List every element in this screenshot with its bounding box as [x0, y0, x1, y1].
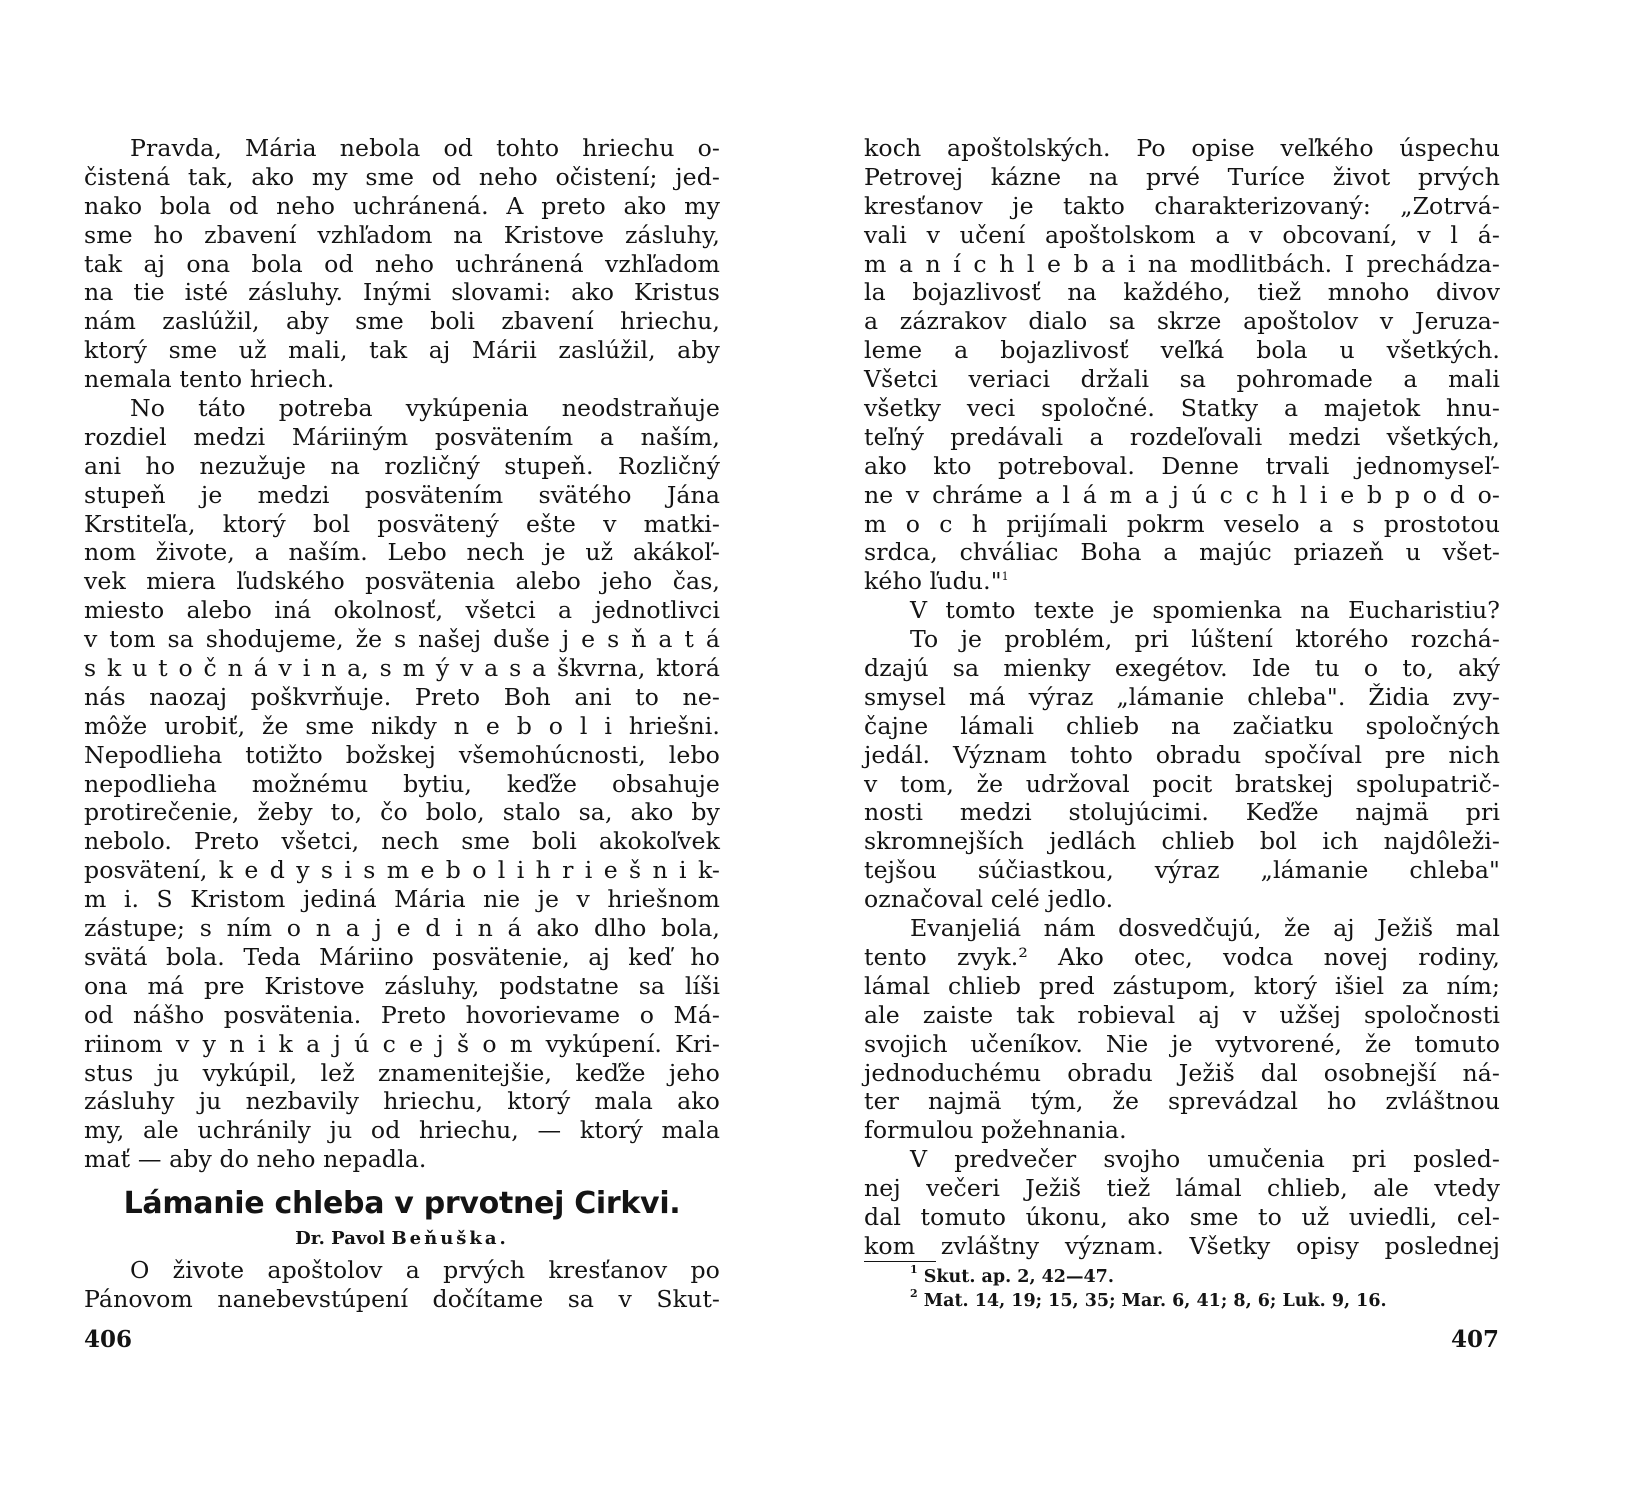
left-page-body-section-2: O živote apoštolov a prvých kresťanov po… — [84, 1256, 720, 1314]
text-line: stupeň je medzi posvätením svätého Jána — [84, 481, 720, 510]
text-line: tejšou súčiastkou, výraz „lámanie chleba… — [864, 856, 1500, 885]
text-line: vek miera ľudského posvätenia alebo jeho… — [84, 567, 720, 596]
text-line: srdca, chváliac Boha a majúc priazeň u v… — [864, 538, 1500, 567]
text-line: ale zaiste tak robieval aj v užšej spolo… — [864, 1001, 1500, 1030]
text-line: označoval celé jedlo. — [864, 885, 1500, 914]
text-line: protirečenie, žeby to, čo bolo, stalo sa… — [84, 798, 720, 827]
text-line: V tomto texte je spomienka na Eucharisti… — [864, 596, 1500, 625]
text-line: nás naozaj poškvrňuje. Preto Boh ani to … — [84, 683, 720, 712]
author-prefix: Dr. Pavol — [295, 1228, 385, 1249]
text-line: ter najmä tým, že sprevádzal ho zvláštno… — [864, 1087, 1500, 1116]
article-title: Lámanie chleba v prvotnej Cirkvi. — [84, 1186, 720, 1226]
text-line: nebolo. Preto všetci, nech sme boli akok… — [84, 827, 720, 856]
right-page-body: koch apoštolských. Po opise veľkého úspe… — [864, 134, 1500, 1261]
text-line: tento zvyk.² Ako otec, vodca novej rodin… — [864, 943, 1500, 972]
text-line: v tom sa shodujeme, že s našej duše j e … — [84, 625, 720, 654]
text-line: smysel má výraz „lámanie chleba". Židia … — [864, 683, 1500, 712]
text-line: To je problém, pri lúštení ktorého rozch… — [864, 625, 1500, 654]
text-line: ktorý sme už mali, tak aj Márii zaslúžil… — [84, 336, 720, 365]
text-line: Pánovom nanebevstúpení dočítame sa v Sku… — [84, 1285, 720, 1314]
text-line: my, ale uchránily ju od hriechu, — ktorý… — [84, 1116, 720, 1145]
text-line: vali v učení apoštolskom a v obcovaní, v… — [864, 221, 1500, 250]
text-line: tak aj ona bola od neho uchránená vzhľad… — [84, 250, 720, 279]
footnotes: 1 Skut. ap. 2, 42—47.2 Mat. 14, 19; 15, … — [864, 1265, 1500, 1313]
text-line: m i. S Kristom jediná Mária nie je v hri… — [84, 885, 720, 914]
left-page: Pravda, Mária nebola od tohto hriechu o-… — [0, 0, 817, 1500]
text-line: čajne lámali chlieb na začiatku spoločný… — [864, 712, 1500, 741]
text-line: Evanjeliá nám dosvedčujú, že aj Ježiš ma… — [864, 914, 1500, 943]
footnote-mark: 1 — [910, 1263, 918, 1276]
text-line: nosti medzi stolujúcimi. Keďže najmä pri — [864, 798, 1500, 827]
text-line: stus ju vykúpil, lež znamenitejšie, keďž… — [84, 1059, 720, 1088]
text-line: zásluhy ju nezbavily hriechu, ktorý mala… — [84, 1087, 720, 1116]
text-line: jednoduchému obradu Ježiš dal osobnejší … — [864, 1059, 1500, 1088]
text-line: môže urobiť, že sme nikdy n e b o l i hr… — [84, 712, 720, 741]
footnote-separator-rule — [864, 1261, 936, 1262]
page-number-left: 406 — [84, 1326, 132, 1354]
text-line: s k u t o č n á v i n a, s m ý v a s a š… — [84, 654, 720, 683]
author-surname: Beňuška. — [391, 1228, 508, 1249]
text-line: od nášho posvätenia. Preto hovorievame o… — [84, 1001, 720, 1030]
text-line: sme ho zbavení vzhľadom na Kristove zásl… — [84, 221, 720, 250]
text-line: ona má pre Kristove zásluhy, podstatne s… — [84, 972, 720, 1001]
right-page: koch apoštolských. Po opise veľkého úspe… — [817, 0, 1634, 1500]
text-line: a zázrakov dialo sa skrze apoštolov v Je… — [864, 307, 1500, 336]
text-line: rozdiel medzi Máriiným posvätením a naší… — [84, 423, 720, 452]
text-line: v tom, že udržoval pocit bratskej spolup… — [864, 770, 1500, 799]
text-line: kresťanov je takto charakterizovaný: „Zo… — [864, 192, 1500, 221]
text-line: leme a bojazlivosť veľká bola u všetkých… — [864, 336, 1500, 365]
right-page-text-column: koch apoštolských. Po opise veľkého úspe… — [864, 134, 1500, 1313]
footnote-text: Skut. ap. 2, 42—47. — [918, 1267, 1114, 1287]
footnote-text: Mat. 14, 19; 15, 35; Mar. 6, 41; 8, 6; L… — [918, 1291, 1387, 1311]
text-line: čistená tak, ako my sme od neho očistení… — [84, 163, 720, 192]
text-line: nemala tento hriech. — [84, 365, 720, 394]
footnote-reference: 1 — [1002, 570, 1009, 583]
text-line: miesto alebo iná okolnosť, všetci a jedn… — [84, 596, 720, 625]
text-line: ako kto potreboval. Denne trvali jednomy… — [864, 452, 1500, 481]
text-line: svojich učeníkov. Nie je vytvorené, že t… — [864, 1030, 1500, 1059]
text-line: koch apoštolských. Po opise veľkého úspe… — [864, 134, 1500, 163]
text-line: m o c h prijímali pokrm veselo a s prost… — [864, 510, 1500, 539]
text-line: zástupe; s ním o n a j e d i n á ako dlh… — [84, 914, 720, 943]
text-line: ne v chráme a l á m a j ú c c h l i e b … — [864, 481, 1500, 510]
text-line: Nepodlieha totižto božskej všemohúcnosti… — [84, 741, 720, 770]
text-line: na tie isté zásluhy. Inými slovami: ako … — [84, 278, 720, 307]
left-page-body-section-1: Pravda, Mária nebola od tohto hriechu o-… — [84, 134, 720, 1174]
article-author: Dr. Pavol Beňuška. — [84, 1226, 720, 1256]
text-line: m a n í c h l e b a i na modlitbách. I p… — [864, 250, 1500, 279]
text-line: dzajú sa mienky exegétov. Ide tu o to, a… — [864, 654, 1500, 683]
text-line: nako bola od neho uchránená. A preto ako… — [84, 192, 720, 221]
text-line: jedál. Význam tohto obradu spočíval pre … — [864, 741, 1500, 770]
text-line: nám zaslúžil, aby sme boli zbavení hriec… — [84, 307, 720, 336]
text-line: mať — aby do neho nepadla. — [84, 1145, 720, 1174]
text-line: ani ho nezužuje na rozličný stupeň. Rozl… — [84, 452, 720, 481]
page-number-right: 407 — [1451, 1326, 1499, 1354]
footnote: 1 Skut. ap. 2, 42—47. — [864, 1265, 1500, 1289]
footnote-mark: 2 — [910, 1287, 918, 1300]
text-line: všetky veci spoločné. Statky a majetok h… — [864, 394, 1500, 423]
text-line: nepodlieha možnému bytiu, keďže obsahuje — [84, 770, 720, 799]
text-line: dal tomuto úkonu, ako sme to už uviedli,… — [864, 1203, 1500, 1232]
text-line: skromnejších jedlách chlieb bol ich najd… — [864, 827, 1500, 856]
text-line: nom živote, a naším. Lebo nech je už aká… — [84, 538, 720, 567]
left-page-text-column: Pravda, Mária nebola od tohto hriechu o-… — [84, 134, 720, 1314]
text-line: nej večeri Ježiš tiež lámal chlieb, ale … — [864, 1174, 1500, 1203]
text-line: riinom v y n i k a j ú c e j š o m vykúp… — [84, 1030, 720, 1059]
text-line: Pravda, Mária nebola od tohto hriechu o- — [84, 134, 720, 163]
text-line: kého ľudu."1 — [864, 567, 1500, 596]
text-line: Petrovej kázne na prvé Turíce život prvý… — [864, 163, 1500, 192]
text-line: formulou požehnania. — [864, 1116, 1500, 1145]
text-line: kom zvláštny význam. Všetky opisy posled… — [864, 1232, 1500, 1261]
text-line: lámal chlieb pred zástupom, ktorý išiel … — [864, 972, 1500, 1001]
text-line: O živote apoštolov a prvých kresťanov po — [84, 1256, 720, 1285]
text-line: posvätení, k e d y s i s m e b o l i h r… — [84, 856, 720, 885]
text-line: svätá bola. Teda Máriino posvätenie, aj … — [84, 943, 720, 972]
text-line: No táto potreba vykúpenia neodstraňuje — [84, 394, 720, 423]
text-line: teľný predávali a rozdeľovali medzi všet… — [864, 423, 1500, 452]
footnote: 2 Mat. 14, 19; 15, 35; Mar. 6, 41; 8, 6;… — [864, 1289, 1500, 1313]
text-line: Všetci veriaci držali sa pohromade a mal… — [864, 365, 1500, 394]
text-line: Krstiteľa, ktorý bol posvätený ešte v ma… — [84, 510, 720, 539]
text-line: la bojazlivosť na každého, tiež mnoho di… — [864, 278, 1500, 307]
text-line: V predvečer svojho umučenia pri posled- — [864, 1145, 1500, 1174]
